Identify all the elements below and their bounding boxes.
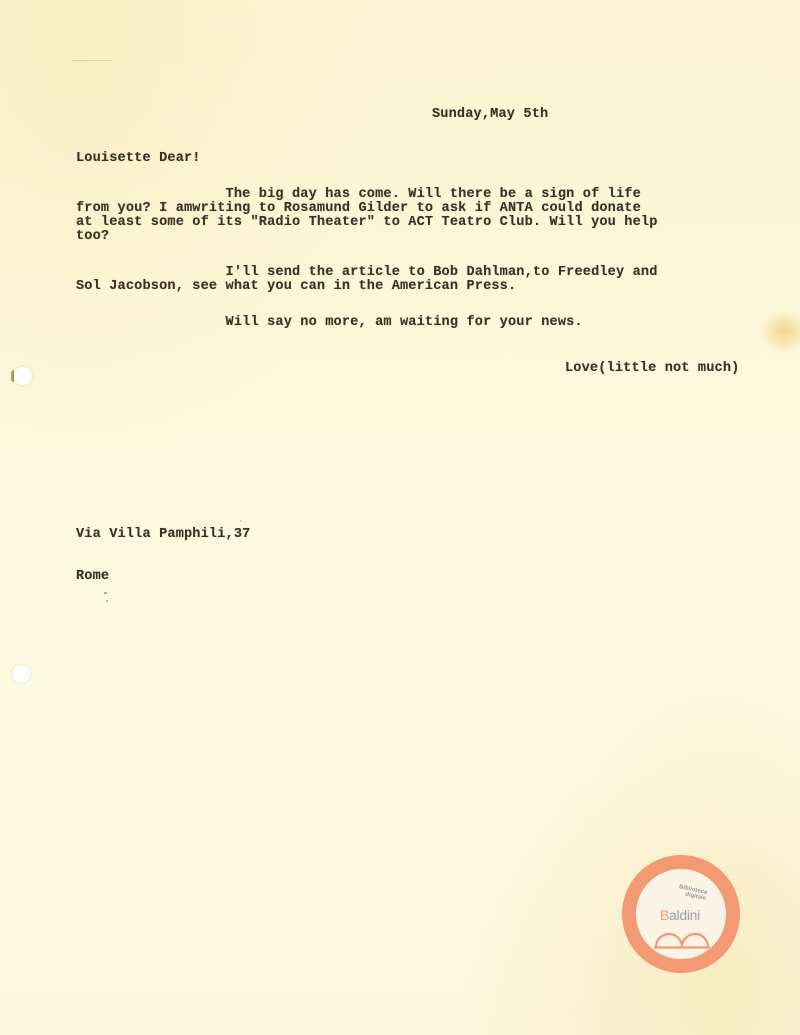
letter-page: Sunday,May 5th Louisette Dear! The big d… — [0, 0, 800, 1035]
library-stamp: Biblioteca digitale Baldini — [622, 855, 740, 973]
letter-salutation: Louisette Dear! — [76, 152, 201, 166]
paper-speck — [240, 520, 242, 522]
letter-paragraph-2: I'll send the article to Bob Dahlman,to … — [76, 266, 658, 294]
address-city: Rome — [76, 570, 250, 584]
letter-date: Sunday,May 5th — [432, 108, 548, 122]
letter-paragraph-1: The big day has come. Will there be a si… — [76, 188, 658, 244]
punch-hole-bottom — [12, 665, 30, 683]
letter-paragraph-3: Will say no more, am waiting for your ne… — [76, 316, 583, 330]
sender-address: Via Villa Pamphili,37 Rome — [76, 500, 250, 612]
paper-speck — [106, 600, 108, 602]
address-street: Via Villa Pamphili,37 — [76, 528, 250, 542]
double-arch-logo-icon — [652, 927, 712, 949]
paper-speck — [104, 592, 107, 594]
stamp-name: Baldini — [660, 907, 700, 923]
paper-speck — [72, 60, 112, 61]
letter-closing: Love(little not much) — [565, 362, 739, 376]
stamp-caption: Biblioteca digitale — [677, 884, 708, 902]
punch-hole-top — [14, 367, 32, 385]
stamp-name-rest: aldini — [669, 907, 700, 923]
stamp-name-initial: B — [660, 907, 669, 923]
